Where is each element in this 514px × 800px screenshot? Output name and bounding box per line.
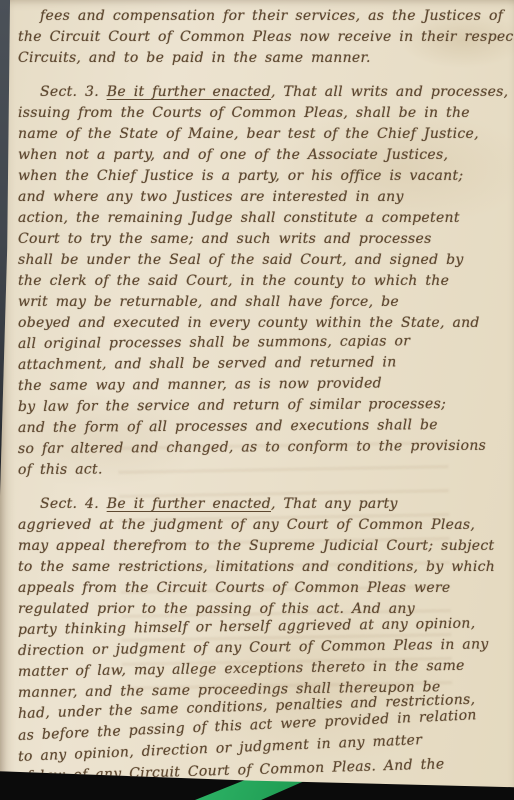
green-ribbon: [195, 779, 309, 800]
handwriting-line: the clerk of the said Court, in the coun…: [18, 271, 504, 292]
handwriting-line: when not a party, and of one of the Asso…: [18, 145, 504, 166]
handwriting-line: the Circuit Court of Common Pleas now re…: [18, 27, 504, 48]
manuscript-text: fees and compensation for their services…: [18, 6, 504, 788]
handwriting-line: Sect. 4. Be it further enacted, That any…: [18, 494, 504, 515]
handwriting-line: Sect. 3. Be it further enacted, That all…: [18, 82, 504, 103]
handwriting-line: may appeal therefrom to the Supreme Judi…: [18, 536, 504, 557]
handwriting-line: regulated prior to the passing of this a…: [18, 599, 504, 620]
handwriting-line: and the form of all processes and execut…: [18, 415, 504, 439]
handwriting-line: issuing from the Courts of Common Pleas,…: [18, 103, 504, 124]
underlined-enacting-phrase: Be it further enacted: [107, 84, 271, 100]
handwriting-line: action, the remaining Judge shall consti…: [18, 208, 504, 229]
paragraph: Sect. 3. Be it further enacted, That all…: [18, 82, 504, 481]
handwriting-line: name of the State of Maine, bear test of…: [18, 124, 504, 145]
handwriting-line: to the same restrictions, limitations an…: [18, 557, 504, 578]
handwriting-line: and where any two Justices are intereste…: [18, 187, 504, 208]
handwriting-line: Court to try the same; and such writs an…: [18, 229, 504, 250]
underlined-enacting-phrase: Be it further enacted: [107, 496, 271, 512]
handwriting-line: shall be under the Seal of the said Cour…: [18, 250, 504, 271]
handwriting-line: appeals from the Circuit Courts of Commo…: [18, 578, 504, 599]
paragraph: fees and compensation for their services…: [18, 6, 504, 69]
photographed-manuscript: fees and compensation for their services…: [0, 0, 514, 800]
handwriting-line: of this act.: [18, 457, 504, 481]
paragraph: Sect. 4. Be it further enacted, That any…: [18, 494, 504, 788]
handwriting-line: so far altered and changed, as to confor…: [18, 436, 504, 460]
handwriting-line: Circuits, and to be paid in the same man…: [18, 48, 504, 69]
paper-sheet: fees and compensation for their services…: [0, 0, 514, 800]
handwriting-line: aggrieved at the judgment of any Court o…: [18, 515, 504, 536]
handwriting-line: when the Chief Justice is a party, or hi…: [18, 166, 504, 187]
handwriting-line: writ may be returnable, and shall have f…: [18, 292, 504, 313]
handwriting-line: fees and compensation for their services…: [18, 6, 504, 27]
